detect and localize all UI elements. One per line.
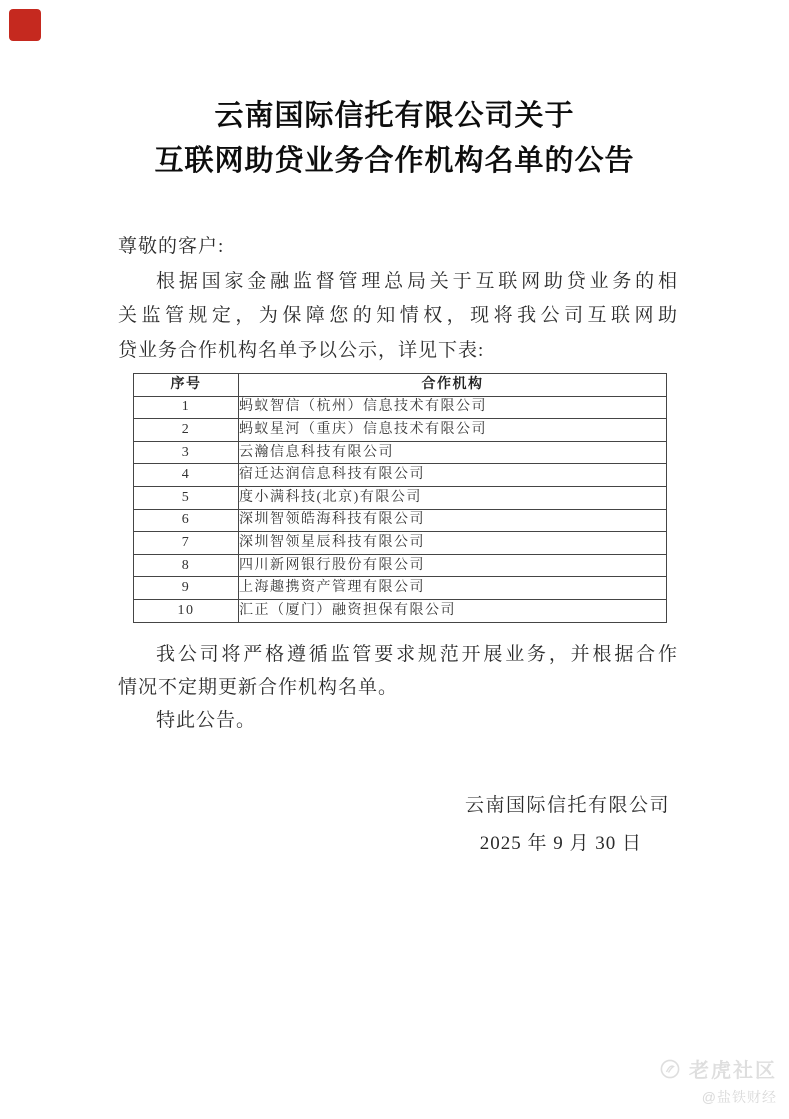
table-row: 8四川新网银行股份有限公司 [134, 554, 667, 577]
row-org: 宿迁达润信息科技有限公司 [239, 464, 667, 487]
row-org: 深圳智领星辰科技有限公司 [239, 532, 667, 555]
intro-line-1: 根据国家金融监督管理总局关于互联网助贷业务的相 [118, 265, 678, 300]
row-org: 蚂蚁星河（重庆）信息技术有限公司 [239, 419, 667, 442]
row-org: 云瀚信息科技有限公司 [239, 441, 667, 464]
title-line-1: 云南国际信托有限公司关于 [0, 94, 789, 139]
row-no: 1 [134, 396, 239, 419]
row-no: 9 [134, 577, 239, 600]
row-org: 四川新网银行股份有限公司 [239, 554, 667, 577]
row-no: 10 [134, 599, 239, 622]
column-header-org: 合作机构 [239, 374, 667, 397]
table-row: 3云瀚信息科技有限公司 [134, 441, 667, 464]
row-no: 4 [134, 464, 239, 487]
row-org: 汇正（厦门）融资担保有限公司 [239, 599, 667, 622]
partner-institutions-table: 序号 合作机构 1蚂蚁智信（杭州）信息技术有限公司 2蚂蚁星河（重庆）信息技术有… [133, 373, 667, 623]
watermark-brand: 老虎社区 [689, 1054, 777, 1083]
tiger-community-logo-icon [660, 1059, 680, 1079]
row-org: 度小满科技(北京)有限公司 [239, 486, 667, 509]
row-no: 8 [134, 554, 239, 577]
document-body: 尊敬的客户: 根据国家金融监督管理总局关于互联网助贷业务的相 关监管规定，为保障… [118, 230, 678, 863]
watermark-handle: @盐铁财经 [660, 1087, 777, 1107]
signature-company: 云南国际信托有限公司 [118, 787, 678, 825]
intro-paragraph: 根据国家金融监督管理总局关于互联网助贷业务的相 关监管规定，为保障您的知情权，现… [118, 265, 678, 369]
row-no: 2 [134, 419, 239, 442]
table-row: 10汇正（厦门）融资担保有限公司 [134, 599, 667, 622]
table-row: 9上海趣携资产管理有限公司 [134, 577, 667, 600]
intro-line-3: 贷业务合作机构名单予以公示，详见下表: [118, 334, 678, 369]
table-row: 6深圳智领皓海科技有限公司 [134, 509, 667, 532]
table-row: 1蚂蚁智信（杭州）信息技术有限公司 [134, 396, 667, 419]
table-header-row: 序号 合作机构 [134, 374, 667, 397]
closing-line-1: 我公司将严格遵循监管要求规范开展业务，并根据合作 [118, 638, 678, 671]
table-row: 2蚂蚁星河（重庆）信息技术有限公司 [134, 419, 667, 442]
closing-paragraph: 我公司将严格遵循监管要求规范开展业务，并根据合作 情况不定期更新合作机构名单。 … [118, 638, 678, 737]
greeting: 尊敬的客户: [118, 230, 678, 265]
row-no: 3 [134, 441, 239, 464]
signature-block: 云南国际信托有限公司 2025 年 9 月 30 日 [118, 787, 678, 863]
watermark-brand-row: 老虎社区 [660, 1054, 777, 1083]
row-no: 5 [134, 486, 239, 509]
column-header-no: 序号 [134, 374, 239, 397]
watermark: 老虎社区 @盐铁财经 [660, 1054, 777, 1107]
row-org: 上海趣携资产管理有限公司 [239, 577, 667, 600]
row-no: 7 [134, 532, 239, 555]
announcement-page: 云南国际信托有限公司关于 互联网助贷业务合作机构名单的公告 尊敬的客户: 根据国… [0, 0, 789, 1119]
table-row: 4宿迁达润信息科技有限公司 [134, 464, 667, 487]
row-no: 6 [134, 509, 239, 532]
closing-line-2: 情况不定期更新合作机构名单。 [118, 671, 678, 704]
intro-line-2: 关监管规定，为保障您的知情权，现将我公司互联网助 [118, 299, 678, 334]
row-org: 深圳智领皓海科技有限公司 [239, 509, 667, 532]
table-row: 5度小满科技(北京)有限公司 [134, 486, 667, 509]
closing-notice: 特此公告。 [118, 704, 678, 737]
page-title: 云南国际信托有限公司关于 互联网助贷业务合作机构名单的公告 [0, 0, 789, 184]
red-corner-marker [9, 9, 41, 41]
signature-date: 2025 年 9 月 30 日 [118, 825, 678, 863]
table-row: 7深圳智领星辰科技有限公司 [134, 532, 667, 555]
title-line-2: 互联网助贷业务合作机构名单的公告 [0, 139, 789, 184]
row-org: 蚂蚁智信（杭州）信息技术有限公司 [239, 396, 667, 419]
